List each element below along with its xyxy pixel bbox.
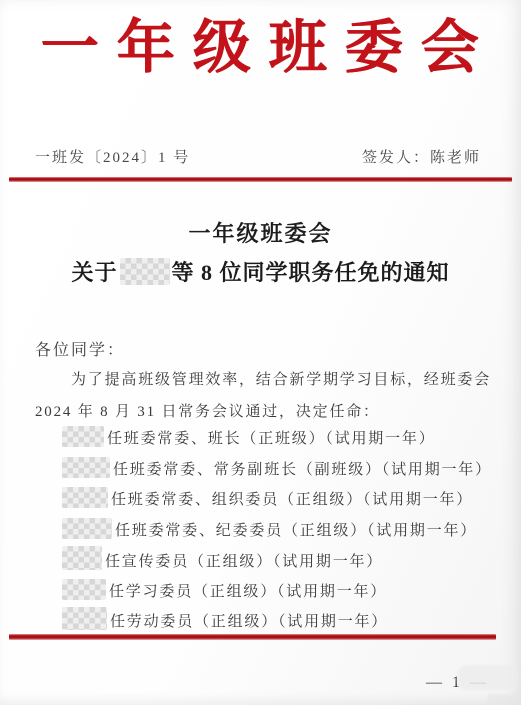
notice-org-title: 一年级班委会 xyxy=(0,217,521,248)
appointment-line: 任宣传委员（正组级）（试用期一年） xyxy=(62,546,492,577)
notice-subject-title: 关于等 8 位同学职务任免的通知 xyxy=(0,256,521,287)
redacted-name-blur xyxy=(62,607,107,630)
paragraph-line-2: 2024 年 8 月 31 日常务会议通过，决定任命： xyxy=(35,400,380,421)
redacted-name-blur xyxy=(62,426,104,447)
watermark-smudge xyxy=(457,665,518,690)
subject-prefix: 关于 xyxy=(71,260,117,285)
appointment-text: 任班委常委、班长（正班级）（试用期一年） xyxy=(107,431,436,447)
paragraph-line-1: 为了提高班级管理效率，结合新学期学习目标，经班委会 xyxy=(71,368,491,389)
signer-label: 签发人： xyxy=(362,150,430,166)
appointment-text: 任班委常委、纪委委员（正组级）（试用期一年） xyxy=(115,523,477,539)
appointment-line: 任班委常委、纪委委员（正组级）（试用期一年） xyxy=(62,516,492,547)
appointment-line: 任劳动委员（正组级）（试用期一年） xyxy=(62,607,492,638)
redacted-name-blur xyxy=(62,579,106,600)
red-separator-bottom xyxy=(9,634,496,640)
redacted-name-blur xyxy=(62,487,108,508)
appointment-text: 任学习委员（正组级）（试用期一年） xyxy=(109,584,387,600)
masthead-title: 一年级班委会 xyxy=(0,12,521,85)
appointment-text: 任劳动委员（正组级）（试用期一年） xyxy=(110,614,388,630)
notice-document-page: 一年级班委会 一班发〔2024〕1 号 签发人：陈老师 一年级班委会 关于等 8… xyxy=(0,0,521,705)
signer-line: 签发人：陈老师 xyxy=(362,146,481,167)
appointment-line: 任班委常委、组织委员（正组级）（试用期一年） xyxy=(62,485,492,516)
appointment-line: 任学习委员（正组级）（试用期一年） xyxy=(62,577,492,608)
appointment-text: 任宣传委员（正组级）（试用期一年） xyxy=(105,554,383,570)
redacted-name-blur xyxy=(62,546,102,570)
doc-number: 一班发〔2024〕1 号 xyxy=(35,146,190,167)
appointment-line: 任班委常委、班长（正班级）（试用期一年） xyxy=(62,424,492,455)
appointment-list: 任班委常委、班长（正班级）（试用期一年） 任班委常委、常务副班长（副班级）（试用… xyxy=(62,424,492,638)
appointment-text: 任班委常委、常务副班长（副班级）（试用期一年） xyxy=(113,462,492,478)
corner-smudge xyxy=(487,694,521,705)
subject-suffix: 等 8 位同学职务任免的通知 xyxy=(172,260,450,285)
appointment-text: 任班委常委、组织委员（正组级）（试用期一年） xyxy=(111,492,473,508)
redacted-name-blur xyxy=(62,457,110,478)
redacted-name-blur xyxy=(62,518,112,539)
red-separator-top xyxy=(9,177,512,182)
salutation: 各位同学： xyxy=(35,337,125,360)
doc-info-row: 一班发〔2024〕1 号 签发人：陈老师 xyxy=(35,146,481,167)
redacted-name-blur xyxy=(120,258,170,285)
signer-name: 陈老师 xyxy=(430,150,481,166)
appointment-line: 任班委常委、常务副班长（副班级）（试用期一年） xyxy=(62,455,492,486)
